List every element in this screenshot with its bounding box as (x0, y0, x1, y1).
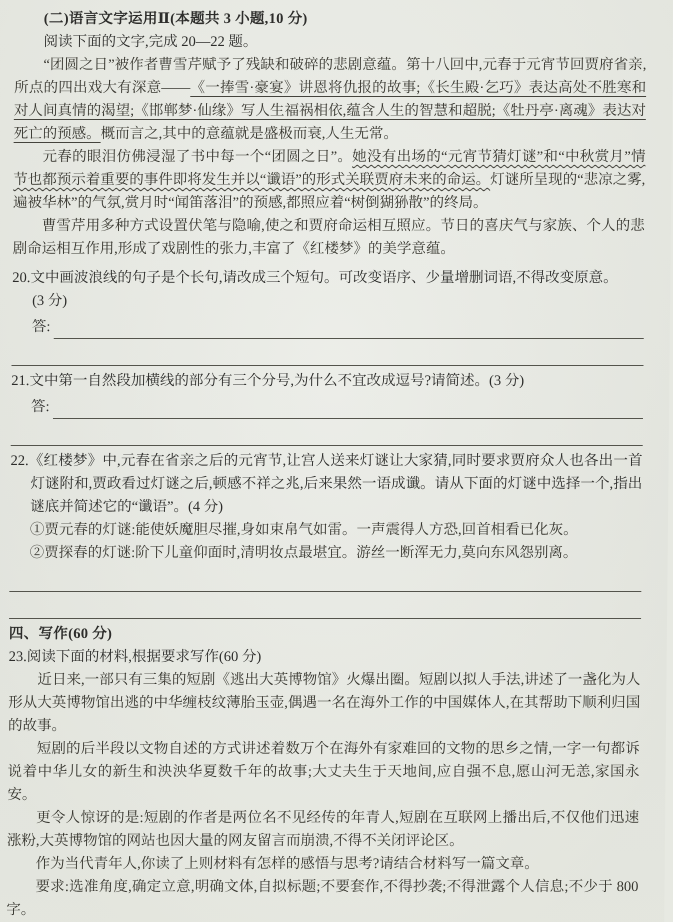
answer-blank-line (11, 339, 643, 366)
question-text: 《红楼梦》中,元春在省亲之后的元宵节,让宫人送来灯谜让大家猜,同时要求贾府众人也… (29, 453, 643, 515)
question-20: 20.文中画波浪线的句子是个长句,请改成三个短句。可改变语序、少量增删词语,不得… (11, 267, 644, 366)
question-21: 21.文中第一自然段加横线的部分有三个分号,为什么不宜改成逗号?请简述。(3 分… (11, 370, 644, 446)
essay-requirements: 要求:选准角度,确定立意,明确文体,自拟标题;不要套作,不得抄袭;不得泄露个人信… (6, 876, 638, 922)
passage-intro: 阅读下面的文字,完成 20—22 题。 (14, 31, 646, 54)
question-20-score: (3 分) (12, 290, 644, 313)
writing-section-header: 四、写作(60 分) (9, 623, 641, 646)
question-number: 20. (12, 270, 30, 286)
answer-blank-line (9, 565, 641, 592)
question-22-stem: 22.《红楼梦》中,元春在省亲之后的元宵节,让宫人送来灯谜让大家猜,同时要求贾府… (10, 450, 643, 519)
answer-blank-line (53, 392, 644, 419)
section-writing: 四、写作(60 分) 23.阅读下面的材料,根据要求写作(60 分) 近日来,一… (6, 623, 641, 922)
answer-blank-line (53, 312, 644, 339)
riddle-2: ②贾探春的灯谜:阶下儿童仰面时,清明妆点最堪宜。游丝一断浑无力,莫向东风怨别离。 (10, 542, 642, 565)
section-language-use: (二)语言文字运用Ⅱ(本题共 3 小题,10 分) 阅读下面的文字,完成 20—… (9, 8, 647, 619)
answer-label: 答: (32, 316, 51, 339)
section-header: (二)语言文字运用Ⅱ(本题共 3 小题,10 分) (15, 8, 647, 31)
passage-text: 元春的眼泪仿佛浸湿了书中每一个“团圆之日”。 (42, 149, 352, 165)
question-22: 22.《红楼梦》中,元春在省亲之后的元宵节,让宫人送来灯谜让大家猜,同时要求贾府… (9, 450, 643, 619)
riddle-1: ①贾元春的灯谜:能使妖魔胆尽摧,身如束帛气如雷。一声震得人方恐,回首相看已化灰。 (10, 519, 642, 542)
answer-label: 答: (31, 396, 50, 419)
question-number: 22. (10, 453, 28, 469)
question-21-stem: 21.文中第一自然段加横线的部分有三个分号,为什么不宜改成逗号?请简述。(3 分… (11, 370, 643, 393)
answer-row: 答: (11, 393, 643, 419)
exam-page: (二)语言文字运用Ⅱ(本题共 3 小题,10 分) 阅读下面的文字,完成 20—… (0, 0, 673, 922)
question-text: 文中第一自然段加横线的部分有三个分号,为什么不宜改成逗号?请简述。(3 分) (29, 373, 524, 389)
answer-blank-line (11, 419, 643, 446)
passage-paragraph-3: 曹雪芹用多种方式设置伏笔与隐喻,使之和贾府命运相互照应。节日的喜庆气与家族、个人… (12, 215, 644, 261)
question-23-stem: 23.阅读下面的材料,根据要求写作(60 分) (9, 646, 641, 669)
answer-blank-line (9, 592, 641, 619)
essay-prompt-paragraph: 作为当代青年人,你读了上则材料有怎样的感悟与思考?请结合材料写一篇文章。 (7, 853, 639, 876)
essay-material-paragraph-3: 更令人惊讶的是:短剧的作者是两位名不见经传的年青人,短剧在互联网上播出后,不仅他… (7, 807, 639, 853)
question-20-stem: 20.文中画波浪线的句子是个长句,请改成三个短句。可改变语序、少量增删词语,不得… (12, 267, 644, 290)
answer-row: 答: (12, 313, 644, 339)
question-number: 21. (11, 373, 29, 389)
question-text: 文中画波浪线的句子是个长句,请改成三个短句。可改变语序、少量增删词语,不得改变原… (30, 270, 617, 286)
passage-paragraph-1: “团圆之日”被作者曹雪芹赋予了残缺和破碎的悲剧意蕴。第十八回中,元春于元宵节回贾… (14, 54, 647, 146)
essay-material-paragraph-2: 短剧的后半段以文物自述的方式讲述着数万个在海外有家难回的文物的思乡之情,一字一句… (7, 738, 640, 807)
passage-text: 概而言之,其中的意蕴就是盛极而衰,人生无常。 (101, 126, 398, 142)
question-text: 阅读下面的材料,根据要求写作(60 分) (27, 649, 262, 665)
essay-material-paragraph-1: 近日来,一部只有三集的短剧《逃出大英博物馆》火爆出圈。短剧以拟人手法,讲述了一盏… (8, 669, 641, 738)
question-number: 23. (9, 649, 27, 665)
passage-paragraph-2: 元春的眼泪仿佛浸湿了书中每一个“团圆之日”。她没有出场的“元宵节猜灯谜”和“中秋… (13, 146, 646, 215)
